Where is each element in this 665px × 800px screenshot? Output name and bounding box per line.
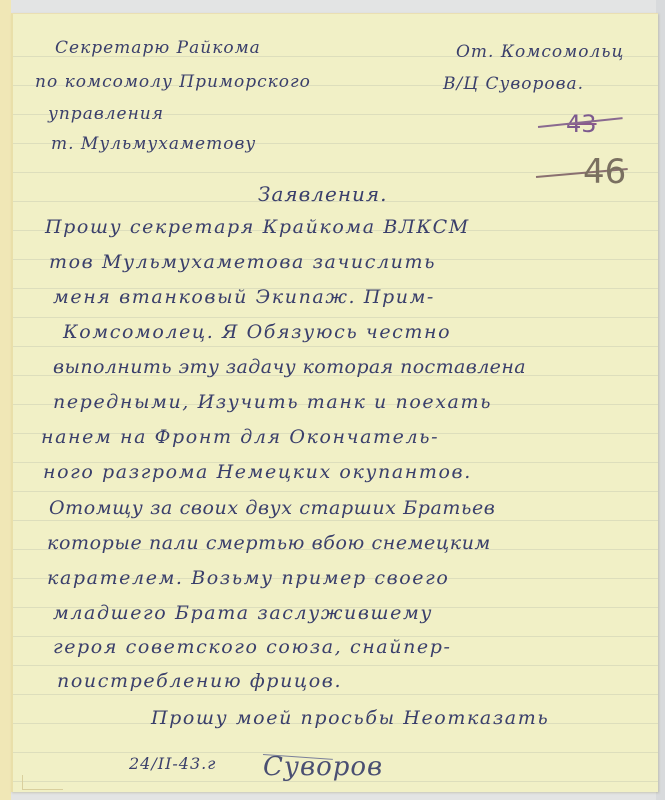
document-title: Заявления.: [258, 182, 388, 206]
body-line: Отомщу за своих двух старших Братьев: [49, 497, 495, 519]
body-line: меня втанковый Экипаж. Прим-: [53, 286, 435, 308]
body-line: передными, Изучить танк и поехать: [53, 391, 492, 413]
scan-left-edge: [0, 0, 11, 800]
date: 24/II-43.г: [129, 754, 216, 773]
addressee-line: Секретарю Райкома: [55, 38, 261, 58]
signature: Суворов: [263, 752, 383, 782]
sender-line: В/Ц Суворова.: [443, 74, 584, 94]
body-line: героя советского союза, снайпер-: [53, 636, 452, 658]
document-page: Секретарю Райкома по комсомолу Приморско…: [11, 13, 658, 792]
body-line: Прошу секретаря Крайкома ВЛКСМ: [45, 216, 470, 238]
body-line: младшего Брата заслужившему: [53, 602, 433, 624]
body-line: тов Мульмухаметова зачислить: [49, 251, 436, 273]
body-line: которые пали смертью вбою снемецким: [47, 532, 491, 554]
addressee-line: по комсомолу Приморского: [35, 72, 311, 92]
body-line: поистреблению фрицов.: [57, 670, 342, 692]
body-line: нанем на Фронт для Окончатель-: [41, 426, 439, 448]
addressee-line: управления: [48, 104, 164, 124]
archive-number-current: 46: [583, 152, 626, 192]
body-line: ного разгрома Немецких окупантов.: [43, 461, 472, 483]
paper-corner: [22, 775, 63, 790]
addressee-line: т. Мульмухаметову: [51, 134, 256, 154]
body-line: Комсомолец. Я Обязуюсь честно: [63, 321, 451, 343]
body-line-closing: Прошу моей просьбы Неотказать: [151, 707, 549, 729]
sender-line: От. Комсомольц: [456, 42, 624, 62]
body-line: выполнить эту задачу которая поставлена: [53, 356, 526, 378]
body-line: карателем. Возьму пример своего: [47, 567, 449, 589]
